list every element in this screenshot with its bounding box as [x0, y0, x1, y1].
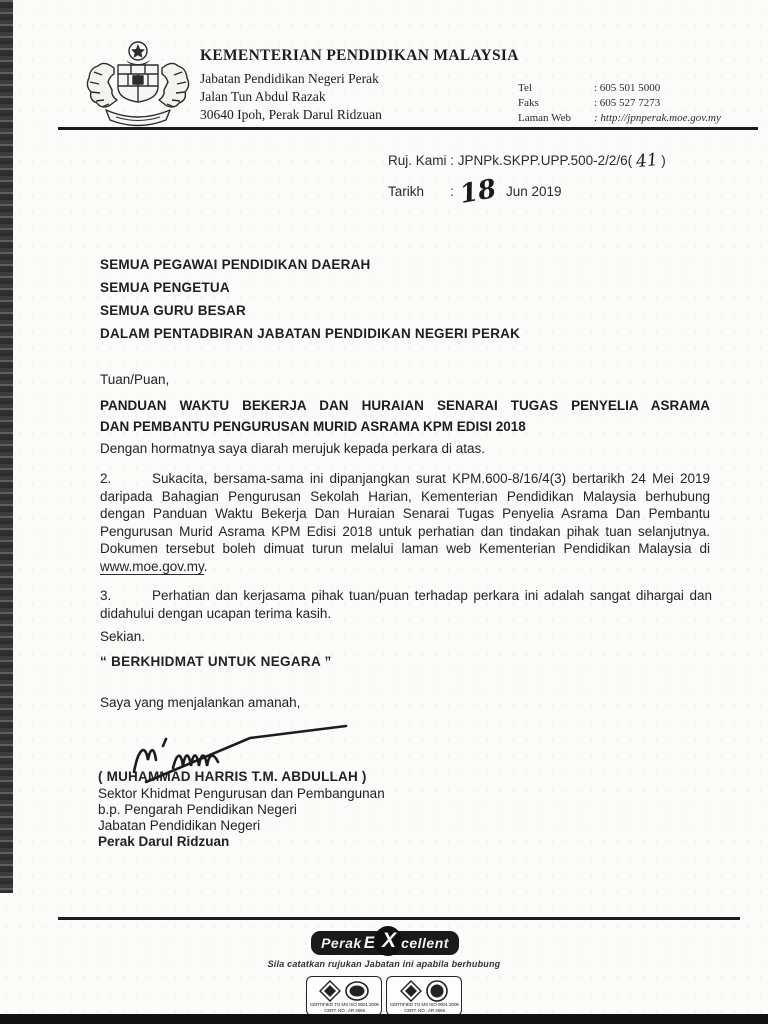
recipient-line: SEMUA GURU BESAR — [100, 299, 520, 322]
date-month-year: Jun 2019 — [506, 184, 562, 199]
paragraph-1: Dengan hormatnya saya diarah merujuk kep… — [100, 441, 710, 456]
paragraph-2-period: . — [204, 559, 208, 574]
web-label: Laman Web — [518, 111, 594, 126]
service-slogan: “ BERKHIDMAT UNTUK NEGARA ” — [100, 654, 332, 669]
tel-label: Tel — [518, 81, 594, 96]
faks-label: Faks — [518, 96, 594, 111]
reference-number-row: Ruj. Kami : JPNPk.SKPP.UPP.500-2/2/6( 41… — [388, 150, 666, 170]
date-colon: : — [450, 184, 454, 199]
moe-url-text: www.moe.gov.my — [100, 559, 204, 575]
signature-block: ( MUHAMMAD HARRIS T.M. ABDULLAH ) Sektor… — [98, 768, 385, 850]
badge-x-emblem: X — [375, 931, 401, 955]
address-line2: 30640 Ipoh, Perak Darul Ridzuan — [200, 106, 519, 124]
recipients-block: SEMUA PEGAWAI PENDIDIKAN DAERAH SEMUA PE… — [100, 253, 520, 345]
paragraph-2-text: Sukacita, bersama-sama ini dipanjangkan … — [100, 471, 710, 556]
address-line1: Jalan Tun Abdul Razak — [200, 88, 519, 106]
signatory-name: ( MUHAMMAD HARRIS T.M. ABDULLAH ) — [98, 768, 385, 786]
signatory-title-line: Jabatan Pendidikan Negeri — [98, 818, 385, 834]
department-name: Jabatan Pendidikan Negeri Perak — [200, 70, 519, 88]
subject-line1: PANDUAN WAKTU BEKERJA DAN HURAIAN SENARA… — [100, 395, 710, 416]
date-row: Tarikh : 18 Jun 2019 — [388, 184, 666, 199]
date-day-handwritten: 18 — [459, 183, 496, 199]
faks-value: : 605 527 7273 — [594, 96, 660, 111]
malaysia-coat-of-arms-icon — [76, 38, 200, 132]
reference-number-handwritten: 41 — [635, 150, 659, 172]
signatory-state-line: Perak Darul Ridzuan — [98, 834, 385, 850]
recipient-line: SEMUA PENGETUA — [100, 276, 520, 299]
web-value: : http://jpnperak.moe.gov.my — [594, 111, 721, 126]
paragraph-2: 2.Sukacita, bersama-sama ini dipanjangka… — [100, 470, 710, 576]
badge-text-cellent: cellent — [401, 935, 449, 951]
badge-text-perak: Perak — [321, 935, 362, 951]
salutation: Tuan/Puan, — [100, 372, 169, 387]
subject-line2: DAN PEMBANTU PENGURUSAN MURID ASRAMA KPM… — [100, 416, 710, 437]
footer-tagline: Sila catatkan rujukan Jabatan ini apabil… — [0, 959, 768, 969]
iso-diamond-seal-icon — [400, 980, 422, 1002]
paragraph-2-number: 2. — [100, 470, 152, 488]
scan-edge-artifact-bottom — [0, 1014, 768, 1024]
reference-block: Ruj. Kami : JPNPk.SKPP.UPP.500-2/2/6( 41… — [388, 150, 666, 213]
certification-box-right: CERTIFIED TO MS ISO 9001:2008 CERT. NO :… — [386, 976, 462, 1016]
perak-excellent-badge: Perak E X cellent — [311, 931, 459, 955]
reference-number-prefix: Ruj. Kami : JPNPk.SKPP.UPP.500-2/2/6( — [388, 153, 632, 168]
letterhead-contact-block: Tel : 605 501 5000 Faks : 605 527 7273 L… — [518, 81, 721, 126]
certification-box-left: CERTIFIED TO MS ISO 9001:2008 CERT. NO :… — [306, 976, 382, 1016]
signatory-title-line: b.p. Pengarah Pendidikan Negeri — [98, 802, 385, 818]
footer-divider — [58, 917, 740, 920]
paragraph-3: 3.Perhatian dan kerjasama pihak tuan/pua… — [100, 587, 712, 623]
certification-marks: CERTIFIED TO MS ISO 9001:2008 CERT. NO :… — [0, 976, 768, 1016]
recipient-line: DALAM PENTADBIRAN JABATAN PENDIDIKAN NEG… — [100, 322, 520, 345]
reference-number-suffix: ) — [661, 153, 666, 168]
recipient-line: SEMUA PEGAWAI PENDIDIKAN DAERAH — [100, 253, 520, 276]
scan-edge-artifact-left — [0, 0, 13, 893]
paragraph-3-text: Perhatian dan kerjasama pihak tuan/puan … — [100, 588, 712, 621]
trademark-oval-seal-icon — [345, 981, 369, 1001]
badge-text-x: X — [382, 929, 396, 953]
subject-heading: PANDUAN WAKTU BEKERJA DAN HURAIAN SENARA… — [100, 395, 710, 437]
round-certification-seal-icon — [426, 980, 448, 1002]
tel-value: : 605 501 5000 — [594, 81, 660, 96]
closing-word: Sekian. — [100, 629, 145, 644]
date-label: Tarikh — [388, 184, 450, 199]
paragraph-3-number: 3. — [100, 587, 152, 605]
ministry-name: KEMENTERIAN PENDIDIKAN MALAYSIA — [200, 47, 519, 65]
signatory-title-line: Sektor Khidmat Pengurusan dan Pembanguna… — [98, 786, 385, 802]
scanned-letter-page: KEMENTERIAN PENDIDIKAN MALAYSIA Jabatan … — [0, 0, 768, 1024]
iso-diamond-seal-icon — [319, 980, 341, 1002]
letterhead-divider — [58, 127, 758, 130]
letterhead-org-block: KEMENTERIAN PENDIDIKAN MALAYSIA Jabatan … — [200, 47, 519, 124]
sign-off-line: Saya yang menjalankan amanah, — [100, 695, 300, 710]
